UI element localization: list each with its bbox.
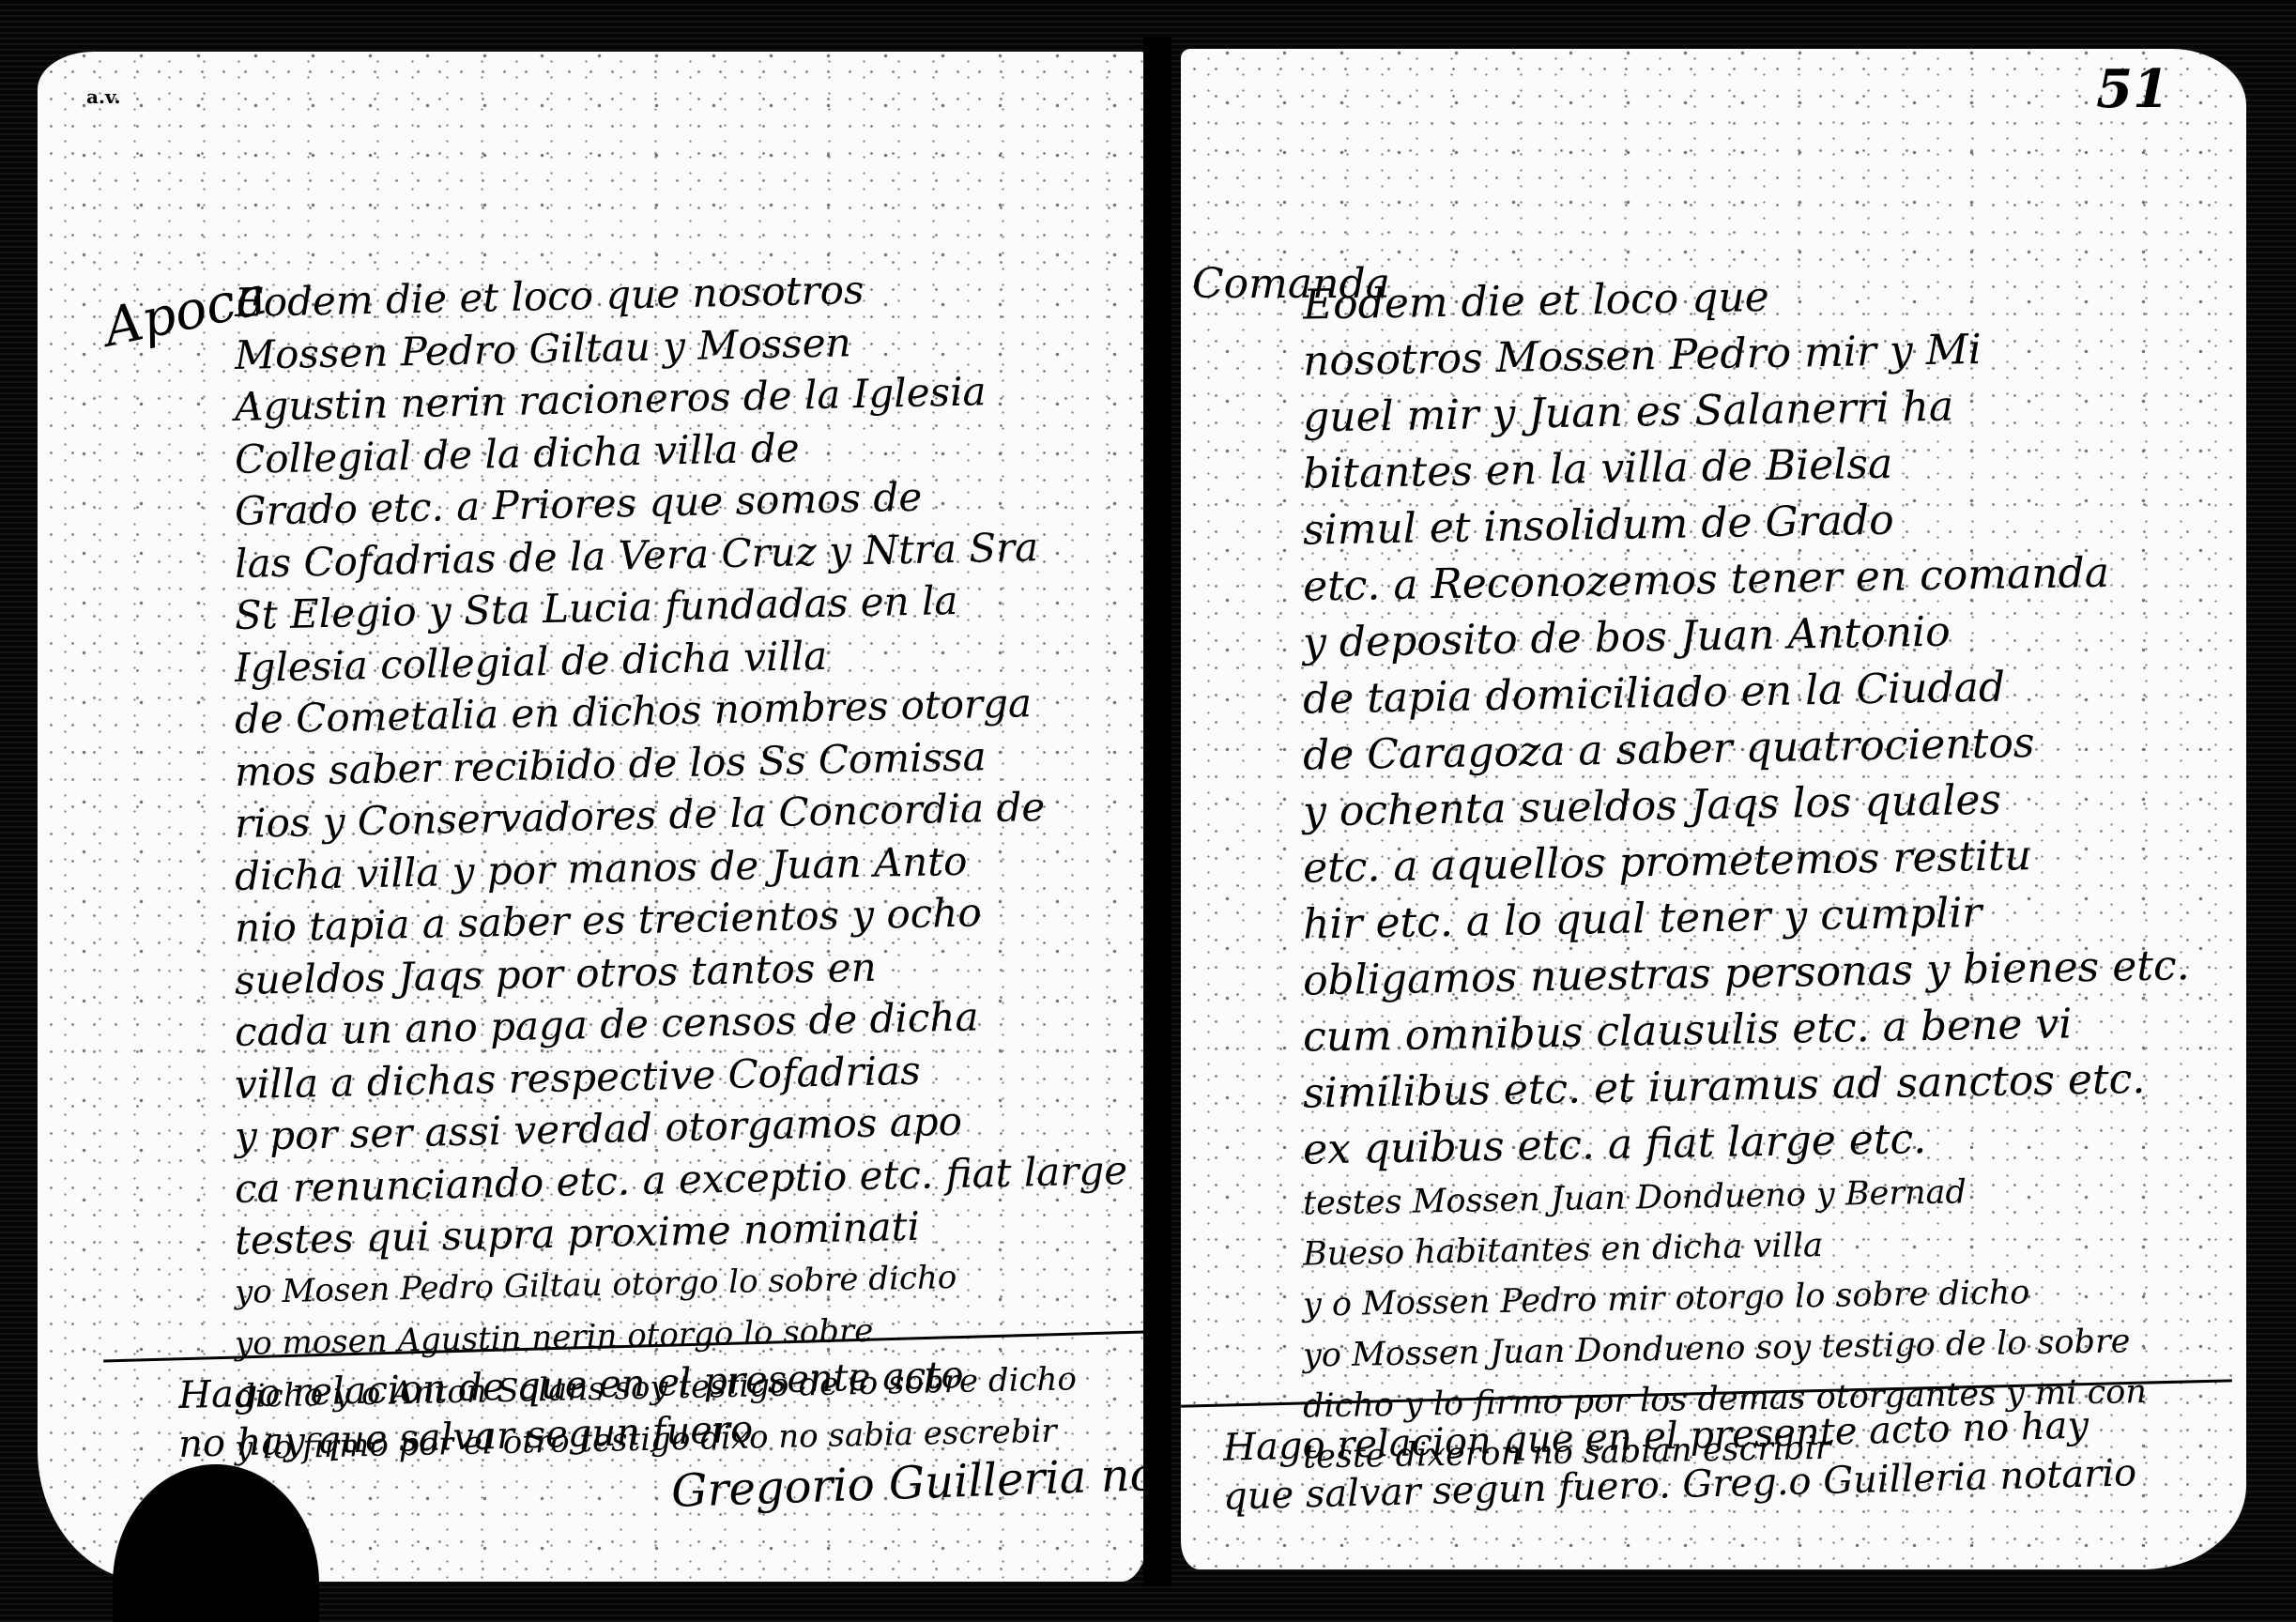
left-page: a.v. Apoca Eodem die et loco que nosotro… xyxy=(38,52,1150,1582)
binding-gutter xyxy=(1143,38,1171,1586)
left-closing-text: Hago relacion de que en el presente acto… xyxy=(178,1361,964,1459)
left-body-text: Eodem die et loco que nosotros Mossen Pe… xyxy=(235,268,1136,1466)
right-page: 51 Comanda Eodem die et loco que nosotro… xyxy=(1181,49,2246,1569)
right-body-text: Eodem die et loco que nosotros Mossen Pe… xyxy=(1303,269,2232,1475)
right-closing-text: Hago relacion que en el presente acto no… xyxy=(1223,1412,2136,1509)
folio-number: 51 xyxy=(2096,58,2169,120)
corner-mark: a.v. xyxy=(86,85,121,108)
